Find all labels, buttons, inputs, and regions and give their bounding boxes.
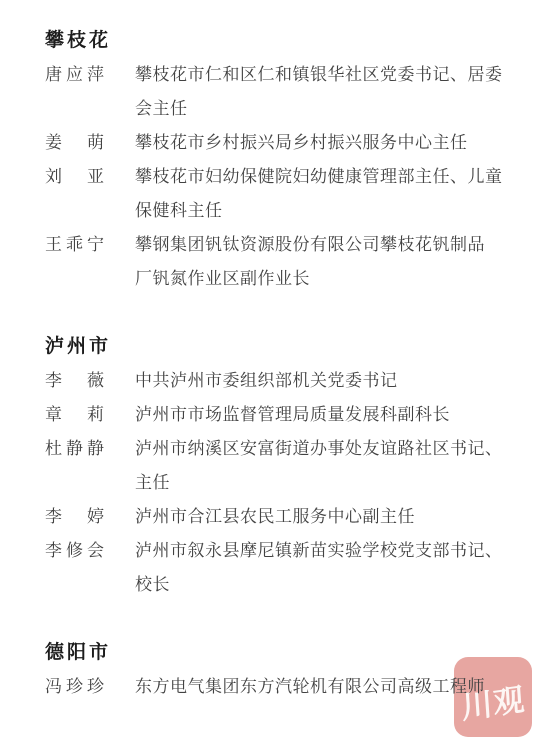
honoree-row: 姜 萌 攀枝花市乡村振兴局乡村振兴服务中心主任 — [45, 126, 510, 160]
honoree-row: 王乖宁 攀钢集团钒钛资源股份有限公司攀枝花钒制品 厂钒氮作业区副作业长 — [45, 228, 510, 296]
honoree-name: 姜 萌 — [45, 126, 135, 160]
honoree-name: 王乖宁 — [45, 228, 135, 262]
honoree-row: 李 薇 中共泸州市委组织部机关党委书记 — [45, 364, 510, 398]
honoree-title: 攀枝花市妇幼保健院妇幼健康管理部主任、儿童 保健科主任 — [135, 160, 505, 228]
honoree-name: 唐应萍 — [45, 58, 135, 92]
document-page: 川观 攀枝花 唐应萍 攀枝花市仁和区仁和镇银华社区党委书记、居委 会主任 姜 萌… — [0, 0, 538, 749]
section-heading: 攀枝花 — [45, 24, 510, 58]
honoree-title: 攀枝花市仁和区仁和镇银华社区党委书记、居委 会主任 — [135, 58, 505, 126]
honoree-row: 刘 亚 攀枝花市妇幼保健院妇幼健康管理部主任、儿童 保健科主任 — [45, 160, 510, 228]
honoree-title: 泸州市纳溪区安富街道办事处友谊路社区书记、 主任 — [135, 432, 505, 500]
honoree-row: 李 婷 泸州市合江县农民工服务中心副主任 — [45, 500, 510, 534]
section-heading: 泸州市 — [45, 330, 510, 364]
honoree-row: 冯珍珍 东方电气集团东方汽轮机有限公司高级工程师 — [45, 670, 510, 704]
section-deyang: 德阳市 冯珍珍 东方电气集团东方汽轮机有限公司高级工程师 — [45, 636, 510, 704]
honoree-title: 泸州市合江县农民工服务中心副主任 — [135, 500, 505, 534]
honoree-name: 李修会 — [45, 534, 135, 568]
honoree-title: 攀钢集团钒钛资源股份有限公司攀枝花钒制品 厂钒氮作业区副作业长 — [135, 228, 505, 296]
honoree-title: 东方电气集团东方汽轮机有限公司高级工程师 — [135, 670, 505, 704]
section-luzhou: 泸州市 李 薇 中共泸州市委组织部机关党委书记 章 莉 泸州市市场监督管理局质量… — [45, 330, 510, 602]
honoree-name: 李 薇 — [45, 364, 135, 398]
honoree-row: 唐应萍 攀枝花市仁和区仁和镇银华社区党委书记、居委 会主任 — [45, 58, 510, 126]
honoree-row: 章 莉 泸州市市场监督管理局质量发展科副科长 — [45, 398, 510, 432]
honoree-name: 杜静静 — [45, 432, 135, 466]
honoree-name: 刘 亚 — [45, 160, 135, 194]
honoree-name: 冯珍珍 — [45, 670, 135, 704]
honoree-title: 泸州市市场监督管理局质量发展科副科长 — [135, 398, 505, 432]
honoree-name: 章 莉 — [45, 398, 135, 432]
honoree-name: 李 婷 — [45, 500, 135, 534]
section-panzhihua: 攀枝花 唐应萍 攀枝花市仁和区仁和镇银华社区党委书记、居委 会主任 姜 萌 攀枝… — [45, 24, 510, 296]
honoree-title: 中共泸州市委组织部机关党委书记 — [135, 364, 505, 398]
honoree-row: 李修会 泸州市叙永县摩尼镇新苗实验学校党支部书记、 校长 — [45, 534, 510, 602]
honoree-title: 泸州市叙永县摩尼镇新苗实验学校党支部书记、 校长 — [135, 534, 505, 602]
section-heading: 德阳市 — [45, 636, 510, 670]
honoree-title: 攀枝花市乡村振兴局乡村振兴服务中心主任 — [135, 126, 505, 160]
document-content: 攀枝花 唐应萍 攀枝花市仁和区仁和镇银华社区党委书记、居委 会主任 姜 萌 攀枝… — [0, 0, 538, 704]
honoree-row: 杜静静 泸州市纳溪区安富街道办事处友谊路社区书记、 主任 — [45, 432, 510, 500]
